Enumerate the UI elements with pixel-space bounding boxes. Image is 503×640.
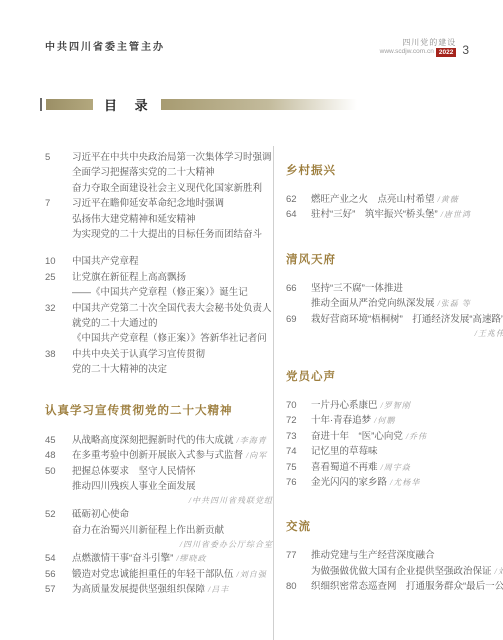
entry-title-line: 把握总体要求 坚守人民情怀 (72, 464, 273, 479)
entry-lines: 锻造对党忠诚能担重任的年轻干部队伍/刘自强 (72, 567, 273, 582)
entry-title-line: 全面学习把握落实党的二十大精神 (72, 165, 273, 180)
entry-page-number: 32 (45, 301, 72, 347)
entry-lines: 织细织密常态巡查网 打通服务群众“最后一公里” (311, 579, 503, 594)
magazine-name: 四川党的建设 (380, 38, 457, 48)
entry-page-number: 50 (45, 464, 72, 508)
entry-lines: 中国共产党章程 (72, 254, 273, 269)
toc-entry: 10中国共产党章程 (45, 254, 273, 269)
section-header: 乡村振兴 (286, 162, 503, 178)
entry-title-line: 为做强做优做大国有企业提供坚强政治保证/刘本 (311, 564, 503, 579)
toc-entry: 69栽好营商环境“梧桐树” 打通经济发展“高速路”/王兆伟 等 (286, 312, 503, 340)
entry-title-text: 点燃激情干事“奋斗引擎” (72, 553, 173, 564)
entry-title-line: 中国共产党第二十次全国代表大会秘书处负责人 (72, 301, 273, 316)
entry-lines: 奋进十年 “医”心向党/乔伟 (311, 429, 503, 444)
toc-entry: 80织细织密常态巡查网 打通服务群众“最后一公里” (286, 579, 503, 594)
entry-author-line: /王兆伟 等 (311, 327, 503, 340)
toc-entry: 57为高质量发展提供坚强组织保障/吕丰 (45, 582, 273, 597)
entry-title-text: 习近平在中共中央政治局第一次集体学习时强调 (72, 152, 272, 163)
toc-entry: 52砥砺初心使命奋力在治蜀兴川新征程上作出新贡献/四川省委办公厅综合室 (45, 507, 273, 551)
entry-page-number: 77 (286, 548, 311, 579)
toc-entry: 74记忆里的草莓味 (286, 444, 503, 459)
toc-entry: 54点燃激情干事“奋斗引擎”/缪晓政 (45, 551, 273, 566)
entry-page-number: 57 (45, 582, 72, 597)
entry-title-line: ——《中国共产党章程（修正案）》诞生记 (72, 285, 273, 300)
entry-title-line: 奋力夺取全面建设社会主义现代化国家新胜利 (72, 181, 273, 196)
entry-page-number: 72 (286, 413, 311, 428)
entry-lines: 记忆里的草莓味 (311, 444, 503, 459)
entry-title-text: 一片丹心系康巴 (311, 400, 378, 411)
entry-title-line: 党的二十大精神的决定 (72, 362, 273, 377)
entry-page-number: 5 (45, 150, 72, 196)
entry-page-number: 48 (45, 448, 72, 463)
entry-title-line: 驻村“三好” 筑牢振兴“桥头堡”/唐世鸿 (311, 207, 503, 222)
toc-group: 乡村振兴62燃旺产业之火 点亮山村希望/黄薇64驻村“三好” 筑牢振兴“桥头堡”… (286, 162, 503, 223)
left-column: 5习近平在中共中央政治局第一次集体学习时强调全面学习把握落实党的二十大精神奋力夺… (45, 146, 273, 640)
entry-lines: 金光闪闪的家乡路/尤杨华 (311, 475, 503, 490)
entry-title-text: 为做强做优做大国有企业提供坚强政治保证 (311, 566, 492, 577)
magazine-meta: www.scdjw.com.cn 2022 (380, 48, 457, 57)
entry-title-line: 金光闪闪的家乡路/尤杨华 (311, 475, 503, 490)
toc-entry: 38中共中央关于认真学习宣传贯彻党的二十大精神的决定 (45, 347, 273, 378)
entry-title-line: 推动全面从严治党向纵深发展/张磊 等 (311, 296, 503, 311)
toc-entry: 7习近平在瞻仰延安革命纪念地时强调弘扬伟大建党精神和延安精神为实现党的二十大提出… (45, 196, 273, 242)
entry-page-number: 75 (286, 460, 311, 475)
toc-entry: 50把握总体要求 坚守人民情怀推动四川残疾人事业全面发展/中共四川省残联党组 (45, 464, 273, 508)
entry-page-number: 52 (45, 507, 72, 551)
entry-title-line: 习近平在瞻仰延安革命纪念地时强调 (72, 196, 273, 211)
right-column: 乡村振兴62燃旺产业之火 点亮山村希望/黄薇64驻村“三好” 筑牢振兴“桥头堡”… (273, 146, 503, 640)
entry-title-line: 从战略高度深刻把握新时代的伟大成就/李海青 (72, 433, 273, 448)
entry-lines: 一片丹心系康巴/罗智刚 (311, 398, 503, 413)
entry-title-text: 中共中央关于认真学习宣传贯彻 (72, 349, 205, 360)
section-header: 党员心声 (286, 368, 503, 384)
entry-title-line: 为高质量发展提供坚强组织保障/吕丰 (72, 582, 273, 597)
entry-author: /缪晓政 (176, 554, 206, 563)
entry-author: /罗智刚 (381, 401, 411, 410)
entry-title-text: 党的二十大精神的决定 (72, 364, 167, 375)
entry-title-line: 习近平在中共中央政治局第一次集体学习时强调 (72, 150, 273, 165)
entry-lines: 燃旺产业之火 点亮山村希望/黄薇 (311, 192, 503, 207)
entry-title-text: 喜看蜀道不再难 (311, 462, 378, 473)
entry-author: /吕丰 (208, 585, 229, 594)
entry-title-text: 把握总体要求 坚守人民情怀 (72, 466, 196, 477)
entry-lines: 把握总体要求 坚守人民情怀推动四川残疾人事业全面发展/中共四川省残联党组 (72, 464, 273, 508)
entry-author: /黄薇 (438, 195, 459, 204)
entry-title-text: 中国共产党第二十次全国代表大会秘书处负责人 (72, 303, 272, 314)
toc-entry: 76金光闪闪的家乡路/尤杨华 (286, 475, 503, 490)
entry-page-number: 54 (45, 551, 72, 566)
entry-title-line: 弘扬伟大建党精神和延安精神 (72, 212, 273, 227)
entry-page-number: 64 (286, 207, 311, 222)
entry-title-text: 金光闪闪的家乡路 (311, 477, 387, 488)
toc-entry: 45从战略高度深刻把握新时代的伟大成就/李海青 (45, 433, 273, 448)
entry-title-text: 砥砺初心使命 (72, 509, 129, 520)
toc-group: 认真学习宣传贯彻党的二十大精神45从战略高度深刻把握新时代的伟大成就/李海青48… (45, 402, 273, 598)
magazine-url: www.scdjw.com.cn (380, 48, 434, 56)
entry-author: /向军 (246, 451, 267, 460)
masthead: 四川党的建设 www.scdjw.com.cn 2022 3 (380, 38, 469, 57)
entry-author-line: /四川省委办公厅综合室 (72, 538, 273, 551)
entry-page-number: 70 (286, 398, 311, 413)
entry-author: /王兆伟 等 (475, 329, 503, 338)
entry-title-text: 驻村“三好” 筑牢振兴“桥头堡” (311, 209, 438, 220)
entry-author: /刘自强 (237, 570, 267, 579)
entry-title-line: 中国共产党章程 (72, 254, 273, 269)
toc-tick-mark (40, 98, 42, 111)
toc-group: 5习近平在中共中央政治局第一次集体学习时强调全面学习把握落实党的二十大精神奋力夺… (45, 150, 273, 378)
entry-title-text: 全面学习把握落实党的二十大精神 (72, 167, 215, 178)
page-header: 中共四川省委主管主办 四川党的建设 www.scdjw.com.cn 2022 … (45, 38, 469, 57)
entry-lines: 在多重考验中创新开展嵌入式参与式监督/向军 (72, 448, 273, 463)
entry-author: /唐世鸿 (441, 210, 471, 219)
entry-title-text: 奋力夺取全面建设社会主义现代化国家新胜利 (72, 183, 262, 194)
toc-entry: 66坚持“三不腐”一体推进推动全面从严治党向纵深发展/张磊 等 (286, 281, 503, 312)
entry-lines: 从战略高度深刻把握新时代的伟大成就/李海青 (72, 433, 273, 448)
entry-lines: 十年·青春追梦/何鹏 (311, 413, 503, 428)
entry-title-text: 锻造对党忠诚能担重任的年轻干部队伍 (72, 569, 234, 580)
toc-entry: 77推动党建与生产经营深度融合为做强做优做大国有企业提供坚强政治保证/刘本 (286, 548, 503, 579)
entry-author: /乔伟 (406, 432, 427, 441)
entry-title-line: 十年·青春追梦/何鹏 (311, 413, 503, 428)
entry-title-line: 一片丹心系康巴/罗智刚 (311, 398, 503, 413)
entry-title-line: 砥砺初心使命 (72, 507, 273, 522)
toc-content: 5习近平在中共中央政治局第一次集体学习时强调全面学习把握落实党的二十大精神奋力夺… (45, 146, 475, 640)
entry-author: /李海青 (237, 436, 267, 445)
entry-title-line: 中共中央关于认真学习宣传贯彻 (72, 347, 273, 362)
entry-title-text: 栽好营商环境“梧桐树” 打通经济发展“高速路” (311, 314, 503, 325)
entry-title-line: 栽好营商环境“梧桐树” 打通经济发展“高速路” (311, 312, 503, 327)
entry-lines: 习近平在瞻仰延安革命纪念地时强调弘扬伟大建党精神和延安精神为实现党的二十大提出的… (72, 196, 273, 242)
toc-group: 党员心声70一片丹心系康巴/罗智刚72十年·青春追梦/何鹏73奋进十年 “医”心… (286, 368, 503, 490)
entry-lines: 习近平在中共中央政治局第一次集体学习时强调全面学习把握落实党的二十大精神奋力夺取… (72, 150, 273, 196)
toc-group: 清风天府66坚持“三不腐”一体推进推动全面从严治党向纵深发展/张磊 等69栽好营… (286, 251, 503, 340)
entry-lines: 喜看蜀道不再难/周宇焱 (311, 460, 503, 475)
entry-title-line: 推动四川残疾人事业全面发展 (72, 479, 273, 494)
entry-lines: 中共中央关于认真学习宣传贯彻党的二十大精神的决定 (72, 347, 273, 378)
entry-lines: 坚持“三不腐”一体推进推动全面从严治党向纵深发展/张磊 等 (311, 281, 503, 312)
entry-lines: 驻村“三好” 筑牢振兴“桥头堡”/唐世鸿 (311, 207, 503, 222)
toc-entry: 62燃旺产业之火 点亮山村希望/黄薇 (286, 192, 503, 207)
masthead-text: 四川党的建设 www.scdjw.com.cn 2022 (380, 38, 457, 57)
entry-title-text: 《中国共产党章程（修正案）》答新华社记者问 (72, 333, 267, 344)
entry-title-text: 习近平在瞻仰延安革命纪念地时强调 (72, 198, 224, 209)
entry-page-number: 73 (286, 429, 311, 444)
entry-author: /中共四川省残联党组 (189, 496, 273, 505)
issue-badge: 2022 (436, 48, 456, 57)
toc-gradient-bar (161, 99, 357, 110)
toc-entry: 48在多重考验中创新开展嵌入式参与式监督/向军 (45, 448, 273, 463)
entry-title-line: 记忆里的草莓味 (311, 444, 503, 459)
entry-lines: 中国共产党第二十次全国代表大会秘书处负责人就党的二十大通过的《中国共产党章程（修… (72, 301, 273, 347)
toc-title-bar: 目 录 (40, 97, 357, 111)
entry-title-text: 推动全面从严治党向纵深发展 (311, 298, 435, 309)
entry-title-line: 在多重考验中创新开展嵌入式参与式监督/向军 (72, 448, 273, 463)
section-header: 认真学习宣传贯彻党的二十大精神 (45, 402, 273, 418)
toc-group: 交流77推动党建与生产经营深度融合为做强做优做大国有企业提供坚强政治保证/刘本8… (286, 518, 503, 594)
entry-title-line: 奋力在治蜀兴川新征程上作出新贡献 (72, 523, 273, 538)
toc-entry: 73奋进十年 “医”心向党/乔伟 (286, 429, 503, 444)
entry-title-line: 锻造对党忠诚能担重任的年轻干部队伍/刘自强 (72, 567, 273, 582)
entry-title-text: 织细织密常态巡查网 打通服务群众“最后一公里” (311, 581, 503, 592)
entry-author: /周宇焱 (381, 463, 411, 472)
toc-entry: 56锻造对党忠诚能担重任的年轻干部队伍/刘自强 (45, 567, 273, 582)
entry-title-line: 推动党建与生产经营深度融合 (311, 548, 503, 563)
entry-page-number: 76 (286, 475, 311, 490)
toc-entry: 64驻村“三好” 筑牢振兴“桥头堡”/唐世鸿 (286, 207, 503, 222)
magazine-toc-page: 中共四川省委主管主办 四川党的建设 www.scdjw.com.cn 2022 … (0, 0, 503, 640)
entry-lines: 为高质量发展提供坚强组织保障/吕丰 (72, 582, 273, 597)
entry-title-text: 推动党建与生产经营深度融合 (311, 550, 435, 561)
toc-entry: 32中国共产党第二十次全国代表大会秘书处负责人就党的二十大通过的《中国共产党章程… (45, 301, 273, 347)
entry-title-text: ——《中国共产党章程（修正案）》诞生记 (72, 287, 248, 298)
entry-title-line: 织细织密常态巡查网 打通服务群众“最后一公里” (311, 579, 503, 594)
section-header: 交流 (286, 518, 503, 534)
toc-entry: 70一片丹心系康巴/罗智刚 (286, 398, 503, 413)
entry-title-line: 燃旺产业之火 点亮山村希望/黄薇 (311, 192, 503, 207)
toc-accent-block (46, 99, 93, 110)
entry-title-line: 奋进十年 “医”心向党/乔伟 (311, 429, 503, 444)
entry-title-line: 喜看蜀道不再难/周宇焱 (311, 460, 503, 475)
toc-entry: 5习近平在中共中央政治局第一次集体学习时强调全面学习把握落实党的二十大精神奋力夺… (45, 150, 273, 196)
entry-title-line: 《中国共产党章程（修正案）》答新华社记者问 (72, 331, 273, 346)
entry-page-number: 56 (45, 567, 72, 582)
entry-page-number: 45 (45, 433, 72, 448)
entry-title-text: 为实现党的二十大提出的目标任务而团结奋斗 (72, 229, 262, 240)
entry-page-number: 7 (45, 196, 72, 242)
entry-author: /何鹏 (374, 416, 395, 425)
entry-title-text: 奋力在治蜀兴川新征程上作出新贡献 (72, 525, 224, 536)
entry-title-text: 中国共产党章程 (72, 256, 139, 267)
entry-lines: 栽好营商环境“梧桐树” 打通经济发展“高速路”/王兆伟 等 (311, 312, 503, 340)
entry-title-line: 就党的二十大通过的 (72, 316, 273, 331)
entry-page-number: 80 (286, 579, 311, 594)
entry-page-number: 74 (286, 444, 311, 459)
entry-title-text: 燃旺产业之火 点亮山村希望 (311, 194, 435, 205)
section-header: 清风天府 (286, 251, 503, 267)
entry-title-text: 弘扬伟大建党精神和延安精神 (72, 214, 196, 225)
entry-title-text: 在多重考验中创新开展嵌入式参与式监督 (72, 450, 243, 461)
entry-title-line: 为实现党的二十大提出的目标任务而团结奋斗 (72, 227, 273, 242)
entry-lines: 点燃激情干事“奋斗引擎”/缪晓政 (72, 551, 273, 566)
toc-entry: 72十年·青春追梦/何鹏 (286, 413, 503, 428)
entry-title-line: 点燃激情干事“奋斗引擎”/缪晓政 (72, 551, 273, 566)
entry-author: /张磊 等 (438, 299, 471, 308)
entry-page-number: 66 (286, 281, 311, 312)
entry-page-number: 25 (45, 270, 72, 301)
entry-title-line: 让党旗在新征程上高高飘扬 (72, 270, 273, 285)
entry-title-text: 就党的二十大通过的 (72, 318, 158, 329)
entry-page-number: 69 (286, 312, 311, 340)
entry-lines: 让党旗在新征程上高高飘扬——《中国共产党章程（修正案）》诞生记 (72, 270, 273, 301)
toc-entry: 25让党旗在新征程上高高飘扬——《中国共产党章程（修正案）》诞生记 (45, 270, 273, 301)
entry-title-text: 十年·青春追梦 (311, 415, 371, 426)
entry-author: /刘本 (495, 567, 503, 576)
entry-page-number: 10 (45, 254, 72, 269)
entry-lines: 推动党建与生产经营深度融合为做强做优做大国有企业提供坚强政治保证/刘本 (311, 548, 503, 579)
entry-author: /四川省委办公厅综合室 (180, 540, 273, 549)
entry-title-text: 让党旗在新征程上高高飘扬 (72, 272, 186, 283)
entry-page-number: 38 (45, 347, 72, 378)
entry-title-line: 坚持“三不腐”一体推进 (311, 281, 503, 296)
entry-page-number: 62 (286, 192, 311, 207)
entry-title-text: 为高质量发展提供坚强组织保障 (72, 584, 205, 595)
entry-lines: 砥砺初心使命奋力在治蜀兴川新征程上作出新贡献/四川省委办公厅综合室 (72, 507, 273, 551)
entry-title-text: 坚持“三不腐”一体推进 (311, 283, 403, 294)
page-number: 3 (462, 43, 469, 57)
entry-title-text: 从战略高度深刻把握新时代的伟大成就 (72, 435, 234, 446)
publisher-text: 中共四川省委主管主办 (45, 38, 165, 53)
entry-author-line: /中共四川省残联党组 (72, 494, 273, 507)
entry-title-text: 记忆里的草莓味 (311, 446, 378, 457)
entry-title-text: 推动四川残疾人事业全面发展 (72, 481, 196, 492)
entry-title-text: 奋进十年 “医”心向党 (311, 431, 403, 442)
toc-title: 目 录 (104, 95, 155, 114)
entry-author: /尤杨华 (390, 478, 420, 487)
toc-entry: 75喜看蜀道不再难/周宇焱 (286, 460, 503, 475)
